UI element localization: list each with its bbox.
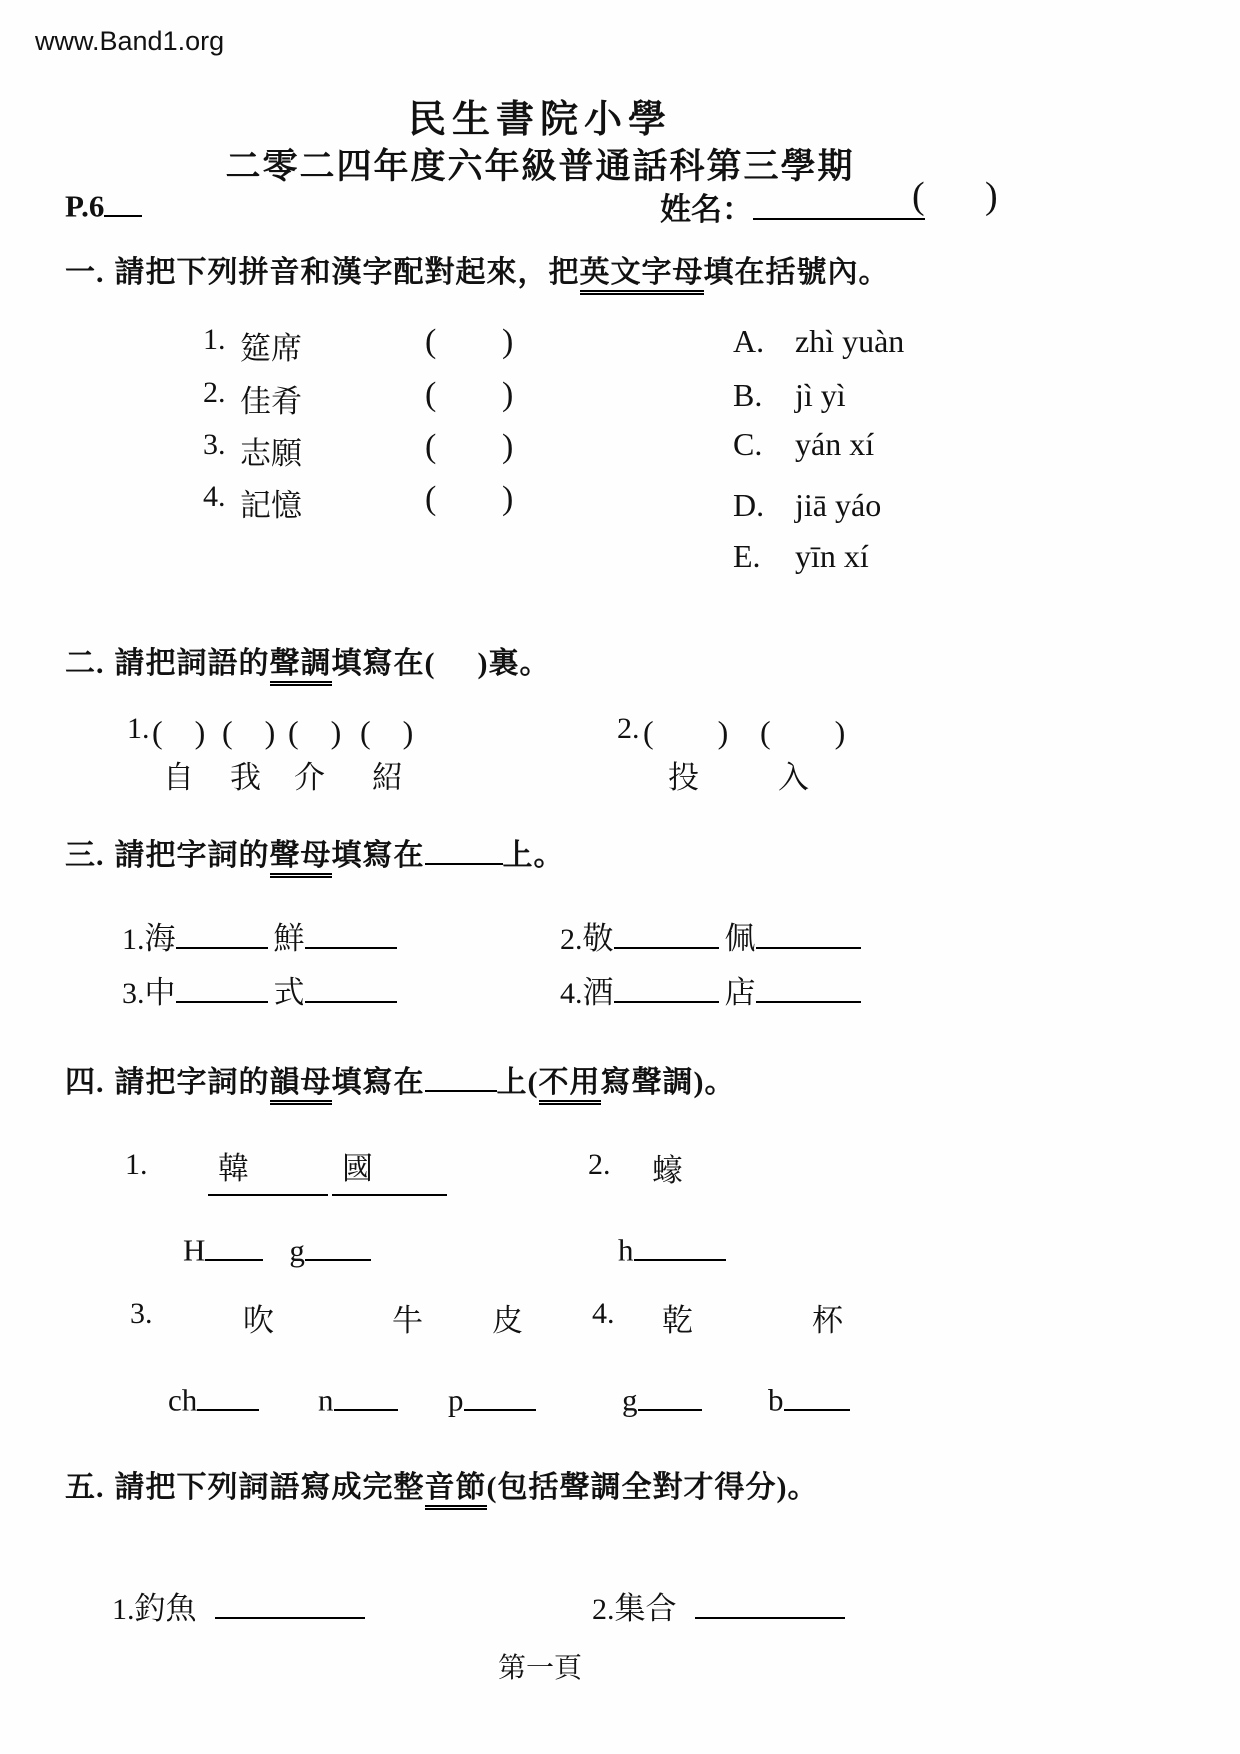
item-char: 海	[145, 921, 176, 956]
name-paren-close: )	[985, 174, 998, 218]
section4-title-mid: 填寫在	[332, 1066, 425, 1099]
final-blank	[197, 1378, 259, 1411]
section4-number: 四.	[65, 1066, 105, 1099]
match-paren-open: (	[425, 428, 436, 466]
initial-blank	[614, 970, 719, 1003]
section3-title-post: 上。	[503, 839, 565, 872]
item-char: 式	[274, 975, 305, 1010]
tone-paren-group: ( )	[222, 707, 275, 753]
final-item1-answer: Hg	[183, 1228, 371, 1269]
name-field: 姓名：	[660, 184, 925, 229]
section4-title-post-pre: 上(	[497, 1066, 539, 1099]
final-blank	[464, 1378, 536, 1411]
tone-char: 我	[230, 752, 261, 797]
section3-title-pre: 請把字詞的	[115, 839, 270, 872]
section3-number: 三.	[65, 839, 105, 872]
option-pinyin: zhì yuàn	[795, 323, 904, 360]
item-word: 集合	[615, 1591, 677, 1626]
section4-underlined-term-2: 不用	[539, 1066, 601, 1105]
section2-title-pre: 請把詞語的	[115, 647, 270, 680]
answer-prefix: n	[318, 1383, 334, 1418]
final-blank	[638, 1378, 702, 1411]
match-item-number: 1.	[203, 323, 226, 357]
name-label: 姓名：	[660, 192, 753, 227]
section1-title-pre: 請把下列拼音和漢字配對起來，把	[115, 256, 580, 289]
final-blank	[305, 1228, 371, 1261]
heading-blank	[425, 834, 503, 866]
match-item-number: 3.	[203, 428, 226, 462]
item-number: 1.	[122, 923, 145, 956]
section5-title-pre: 請把下列詞語寫成完整	[115, 1471, 425, 1504]
match-item-number: 4.	[203, 480, 226, 514]
syllable-item-1: 1.釣魚	[112, 1583, 365, 1628]
section5-title-post: (包括聲調全對才得分)。	[487, 1471, 819, 1504]
final-item3-char: 牛	[392, 1295, 423, 1340]
option-pinyin: yīn xí	[795, 538, 869, 575]
item-char: 佩	[725, 921, 756, 956]
section3-heading: 三.請把字詞的聲母填寫在上。	[65, 830, 565, 874]
initial-blank	[176, 970, 268, 1003]
option-letter: D.	[733, 487, 764, 524]
tone-char: 入	[778, 752, 809, 797]
match-paren-open: (	[425, 376, 436, 414]
option-pinyin: jiā yáo	[795, 487, 881, 524]
initial-blank	[614, 916, 719, 949]
match-paren-close: )	[502, 428, 513, 466]
option-letter: E.	[733, 538, 761, 575]
tone-item2-number: 2.	[617, 712, 640, 746]
item-number: 4.	[560, 977, 583, 1010]
answer-prefix: g	[622, 1383, 638, 1418]
final-item3-number: 3.	[130, 1297, 153, 1331]
exam-paper-page: www.Band1.org 民生書院小學 二零二四年度六年級普通話科第三學期 P…	[0, 0, 1240, 1754]
option-pinyin: jì yì	[795, 377, 846, 414]
section4-title-pre: 請把字詞的	[115, 1066, 270, 1099]
final-item4-char: 杯	[812, 1295, 843, 1340]
section2-title-post: )裏。	[478, 647, 551, 680]
final-item4-char: 乾	[662, 1295, 693, 1340]
option-pinyin: yán xí	[795, 426, 874, 463]
tone-paren-group: ( )	[288, 707, 341, 753]
option-letter: A.	[733, 323, 764, 360]
tone-char: 紹	[372, 752, 403, 797]
final-item2-answer: h	[618, 1228, 726, 1269]
tone-paren-group: ( )	[152, 707, 205, 753]
section2-title-mid: 填寫在(	[332, 647, 436, 680]
answer-prefix: H	[183, 1233, 205, 1268]
item-char: 鮮	[274, 921, 305, 956]
heading-blank	[425, 1061, 497, 1093]
syllable-item-2: 2.集合	[592, 1583, 845, 1628]
final-blank	[634, 1228, 726, 1261]
section3-underlined-term: 聲母	[270, 839, 332, 878]
final-item4-answer-1: g	[622, 1378, 702, 1419]
initial-item-1: 1.海鮮	[122, 913, 397, 958]
watermark-url: www.Band1.org	[35, 26, 224, 57]
item-char: 酒	[583, 975, 614, 1010]
final-item3-answer-2: n	[318, 1378, 398, 1419]
match-item-word: 佳肴	[240, 376, 302, 421]
section3-title-mid: 填寫在	[332, 839, 425, 872]
final-blank	[784, 1378, 850, 1411]
name-paren-open: (	[912, 174, 925, 218]
final-item1-char-underlined: 國	[332, 1143, 447, 1196]
match-item-word: 記憶	[240, 480, 302, 525]
final-item3-answer-3: p	[448, 1378, 536, 1419]
item-number: 2.	[560, 923, 583, 956]
match-item-number: 2.	[203, 376, 226, 410]
initial-item-3: 3.中式	[122, 967, 397, 1012]
item-char: 敬	[583, 921, 614, 956]
tone-paren-group: ( )	[760, 707, 845, 753]
school-name: 民生書院小學	[0, 88, 1080, 143]
section1-heading: 一.請把下列拼音和漢字配對起來，把英文字母填在括號內。	[65, 247, 890, 291]
answer-prefix: p	[448, 1383, 464, 1418]
item-number: 1.	[112, 1593, 135, 1626]
final-item3-char: 皮	[492, 1295, 523, 1340]
item-number: 2.	[592, 1593, 615, 1626]
section5-heading: 五.請把下列詞語寫成完整音節(包括聲調全對才得分)。	[65, 1462, 818, 1506]
tone-char: 介	[294, 752, 325, 797]
final-item2-number: 2.	[588, 1148, 611, 1182]
initial-blank	[176, 916, 268, 949]
final-item3-answer-1: ch	[168, 1378, 259, 1419]
match-item-word: 志願	[240, 428, 302, 473]
footer-page-label: 第一頁	[0, 1646, 1080, 1686]
section1-title-post: 填在括號內。	[704, 256, 890, 289]
section5-number: 五.	[65, 1471, 105, 1504]
tone-char: 投	[668, 752, 699, 797]
match-paren-close: )	[502, 376, 513, 414]
section1-number: 一.	[65, 256, 105, 289]
item-char: 店	[725, 975, 756, 1010]
syllable-blank	[695, 1586, 845, 1619]
answer-prefix: g	[289, 1233, 305, 1268]
class-field: P.6	[65, 184, 142, 225]
final-item2-char: 蠔	[652, 1145, 683, 1190]
section2-underlined-term: 聲調	[270, 647, 332, 686]
final-item1-char-underlined: 韓	[208, 1143, 328, 1196]
name-blank	[753, 187, 925, 220]
section2-number: 二.	[65, 647, 105, 680]
initial-blank	[756, 916, 861, 949]
initial-item-2: 2.敬佩	[560, 913, 861, 958]
class-label: P.6	[65, 189, 104, 224]
match-paren-close: )	[502, 323, 513, 361]
section1-underlined-term: 英文字母	[580, 256, 704, 295]
final-item4-number: 4.	[592, 1297, 615, 1331]
section2-heading: 二.請把詞語的聲調填寫在()裏。	[65, 638, 551, 682]
item-word: 釣魚	[135, 1591, 197, 1626]
final-item3-char: 吹	[243, 1295, 274, 1340]
tone-item1-number: 1.	[127, 712, 150, 746]
tone-paren-group: ( )	[643, 707, 728, 753]
initial-blank	[305, 970, 397, 1003]
final-blank	[334, 1378, 398, 1411]
match-paren-open: (	[425, 480, 436, 518]
final-blank	[205, 1228, 263, 1261]
section5-underlined-term: 音節	[425, 1471, 487, 1510]
answer-prefix: h	[618, 1233, 634, 1268]
option-letter: C.	[733, 426, 762, 463]
tone-paren-group: ( )	[360, 707, 413, 753]
item-char: 中	[145, 975, 176, 1010]
match-paren-open: (	[425, 323, 436, 361]
class-blank	[104, 184, 142, 217]
tone-char: 自	[163, 752, 194, 797]
option-letter: B.	[733, 377, 762, 414]
syllable-blank	[215, 1586, 365, 1619]
final-item1-number: 1.	[125, 1148, 148, 1182]
final-item4-answer-2: b	[768, 1378, 850, 1419]
answer-prefix: ch	[168, 1383, 197, 1418]
section4-underlined-term: 韻母	[270, 1066, 332, 1105]
section4-title-post: 寫聲調)。	[601, 1066, 736, 1099]
initial-blank	[305, 916, 397, 949]
match-paren-close: )	[502, 480, 513, 518]
item-number: 3.	[122, 977, 145, 1010]
answer-prefix: b	[768, 1383, 784, 1418]
initial-blank	[756, 970, 861, 1003]
match-item-word: 筵席	[240, 323, 302, 368]
initial-item-4: 4.酒店	[560, 967, 861, 1012]
section4-heading: 四.請把字詞的韻母填寫在上(不用寫聲調)。	[65, 1057, 736, 1101]
